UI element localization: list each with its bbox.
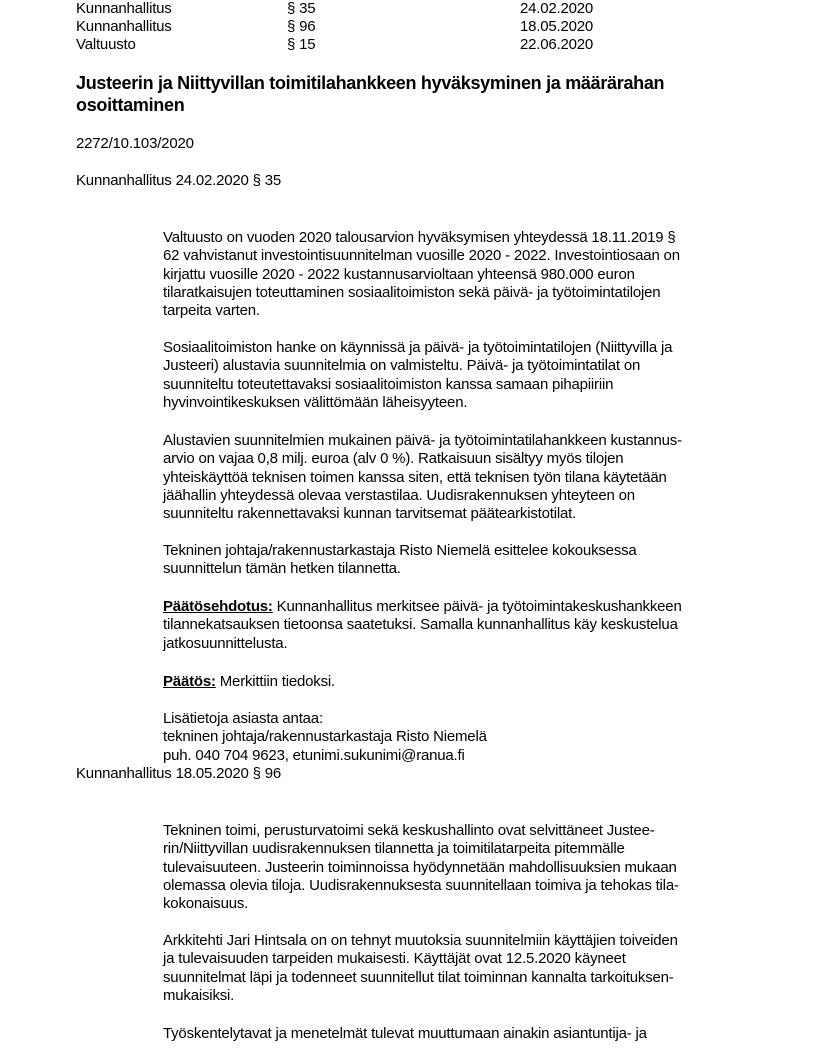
text-line: Valtuusto on vuoden 2020 talousarvion hy… [163,229,763,247]
text-line: Päätösehdotus: Kunnanhallitus merkitsee … [163,598,763,616]
text-line: Sosiaalitoimiston hanke on käynnissä ja … [163,339,763,357]
history-date: 24.02.2020 [520,0,593,18]
history-section: § 15 [287,36,315,54]
text-line: jäähallin yhteydessä olevaa verstastilaa… [163,487,763,505]
diary-number: 2272/10.103/2020 [76,135,194,153]
text-line: jatkosuunnittelusta. [163,635,763,653]
paragraph: Sosiaalitoimiston hanke on käynnissä ja … [163,339,763,412]
paragraph: Arkkitehti Jari Hintsala on on tehnyt mu… [163,932,763,1005]
text-line: 62 vahvistanut investointisuunnitelman v… [163,247,763,265]
text-line: kirjattu vuosille 2020 - 2022 kustannusa… [163,266,763,284]
history-date: 18.05.2020 [520,18,593,36]
text-line: Lisätietoja asiasta antaa: [163,710,763,728]
meeting-heading: Kunnanhallitus 18.05.2020 § 96 [76,765,281,783]
text-line: tilaratkaisujen toteuttaminen sosiaalito… [163,284,763,302]
text-line: olemassa olevia tiloja. Uudisrakennukses… [163,877,763,895]
text-line: Tekninen toimi, perusturvatoimi sekä kes… [163,822,763,840]
proposal-text: Kunnanhallitus merkitsee päivä- ja työto… [273,598,682,615]
decision-label: Päätös: [163,673,216,690]
paragraph: Tekninen toimi, perusturvatoimi sekä kes… [163,822,763,913]
contact-info: Lisätietoja asiasta antaa: tekninen joht… [163,710,763,765]
history-date: 22.06.2020 [520,36,593,54]
history-row: Kunnanhallitus § 96 18.05.2020 [76,18,636,36]
paragraph: Tekninen johtaja/rakennustarkastaja Rist… [163,542,763,579]
proposal-label: Päätösehdotus: [163,598,273,615]
document-title: Justeerin ja Niittyvillan toimitilahankk… [76,72,756,116]
title-line: osoittaminen [76,94,756,116]
paragraph: Valtuusto on vuoden 2020 talousarvion hy… [163,229,763,320]
text-line: suunnitelmat läpi ja todenneet suunnitel… [163,969,763,987]
text-line: hyvinvointikeskuksen välittömään läheisy… [163,394,763,412]
text-line: tekninen johtaja/rakennustarkastaja Rist… [163,728,763,746]
history-body: Kunnanhallitus [76,0,172,18]
text-line: Työskentelytavat ja menetelmät tulevat m… [163,1025,763,1043]
text-line: suunnittelun tämän hetken tilannetta. [163,560,763,578]
text-line: rin/Niittyvillan uudisrakennuksen tilann… [163,840,763,858]
text-line: Päätös: Merkittiin tiedoksi. [163,673,763,691]
text-line: tilannekatsauksen tietoonsa saatetuksi. … [163,616,763,634]
text-line: Alustavien suunnitelmien mukainen päivä-… [163,432,763,450]
text-line: yhteiskäyttöä teknisen toimen kanssa sit… [163,469,763,487]
decision-proposal: Päätösehdotus: Kunnanhallitus merkitsee … [163,598,763,653]
paragraph: Työskentelytavat ja menetelmät tulevat m… [163,1025,763,1043]
meeting-heading: Kunnanhallitus 24.02.2020 § 35 [76,172,281,190]
history-row: Kunnanhallitus § 35 24.02.2020 [76,0,636,18]
text-line: puh. 040 704 9623, etunimi.sukunimi@ranu… [163,747,763,765]
text-line: Tekninen johtaja/rakennustarkastaja Rist… [163,542,763,560]
paragraph: Alustavien suunnitelmien mukainen päivä-… [163,432,763,523]
history-body: Valtuusto [76,36,136,54]
text-line: Justeeri) alustavia suunnitelmia on valm… [163,357,763,375]
title-line: Justeerin ja Niittyvillan toimitilahankk… [76,72,756,94]
text-line: suunniteltu toteutettavaksi sosiaalitoim… [163,376,763,394]
text-line: kokonaisuus. [163,895,763,913]
text-line: mukaisiksi. [163,987,763,1005]
decision-text: Merkittiin tiedoksi. [216,673,335,690]
text-line: Arkkitehti Jari Hintsala on on tehnyt mu… [163,932,763,950]
history-section: § 96 [287,18,315,36]
text-line: tarpeita varten. [163,302,763,320]
history-body: Kunnanhallitus [76,18,172,36]
text-line: arvio on vajaa 0,8 milj. euroa (alv 0 %)… [163,450,763,468]
text-line: tulevaisuuteen. Justeerin toiminnoissa h… [163,859,763,877]
history-row: Valtuusto § 15 22.06.2020 [76,36,636,54]
text-line: suunniteltu rakennettavaksi kunnan tarvi… [163,505,763,523]
decision: Päätös: Merkittiin tiedoksi. [163,673,763,691]
history-section: § 35 [287,0,315,18]
text-line: ja tulevaisuuden tarpeiden mukaisesti. K… [163,950,763,968]
